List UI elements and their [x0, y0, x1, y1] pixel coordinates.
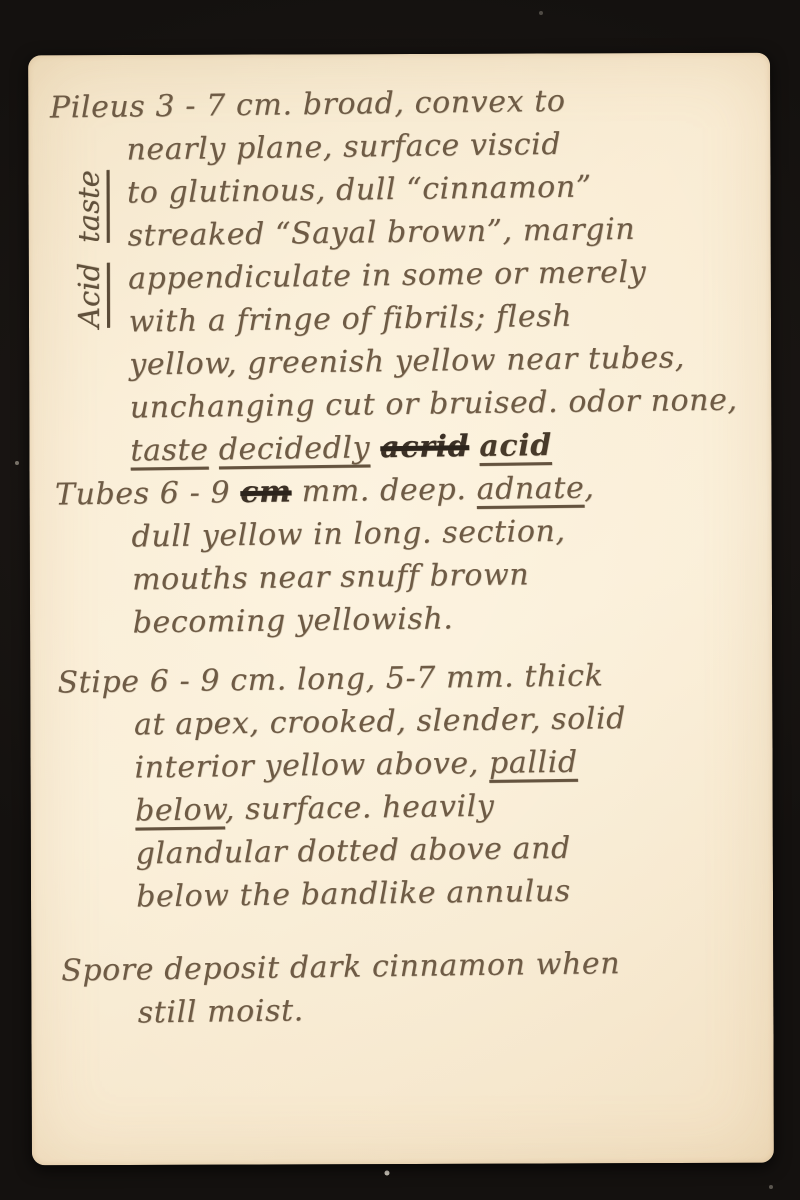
underlined-word: below: [135, 792, 225, 828]
handwriting-segment: ,: [584, 470, 595, 505]
handwriting-segment: Tubes 6 - 9: [55, 475, 241, 512]
handwriting-segment: with a fringe of fibrils; flesh: [128, 299, 572, 340]
dust-specks: [0, 0, 2, 2]
handwriting-segment: [469, 429, 480, 464]
handwriting-segment: [370, 430, 381, 465]
struck-word: acrid: [380, 429, 469, 465]
handwritten-text: Pileus 3 - 7 cm. broad, convex tonearly …: [24, 77, 778, 1036]
handwriting-line: below the bandlike annulus: [34, 867, 776, 920]
handwriting-segment: below the bandlike annulus: [136, 874, 571, 915]
handwriting-segment: appendiculate in some or merely: [128, 255, 647, 297]
handwriting-segment: Spore deposit dark cinnamon when: [61, 946, 620, 988]
underlined-word: taste: [130, 433, 209, 469]
handwriting-segment: dull yellow in long. section,: [131, 514, 565, 555]
handwriting-line: still moist.: [35, 983, 777, 1036]
handwriting-segment: glandular dotted above and: [135, 831, 571, 872]
handwriting-segment: , surface. heavily: [225, 789, 495, 828]
handwriting-segment: at apex, crooked, slender, solid: [134, 701, 626, 742]
handwriting-segment: becoming yellowish.: [132, 601, 453, 640]
handwriting-segment: mm. deep.: [291, 472, 477, 509]
handwriting-segment: nearly plane, surface viscid: [126, 127, 561, 168]
handwriting-line: becoming yellowish.: [30, 593, 772, 646]
struck-word: cm: [240, 474, 292, 510]
underlined-word: acid: [479, 428, 552, 464]
underlined-word: adnate: [476, 471, 584, 507]
handwriting-segment: unchanging cut or bruised. odor none,: [130, 383, 738, 426]
handwriting-segment: still moist.: [138, 993, 305, 1030]
handwriting-segment: Pileus 3 - 7 cm. broad, convex to: [50, 84, 566, 126]
handwriting-segment: streaked “Sayal brown”, margin: [127, 212, 635, 254]
underlined-word: decidedly: [218, 430, 370, 467]
handwriting-segment: to glutinous, dull “cinnamon”: [127, 169, 592, 210]
handwriting-segment: interior yellow above,: [134, 746, 489, 786]
note-card: Acid taste Pileus 3 - 7 cm. broad, conve…: [28, 53, 774, 1166]
handwriting-segment: mouths near snuff brown: [132, 557, 530, 597]
handwriting-segment: yellow, greenish yellow near tubes,: [129, 340, 685, 382]
handwriting-segment: Stipe 6 - 9 cm. long, 5-7 mm. thick: [57, 658, 603, 700]
underlined-word: pallid: [489, 745, 578, 781]
photo-background: Acid taste Pileus 3 - 7 cm. broad, conve…: [0, 0, 800, 1200]
